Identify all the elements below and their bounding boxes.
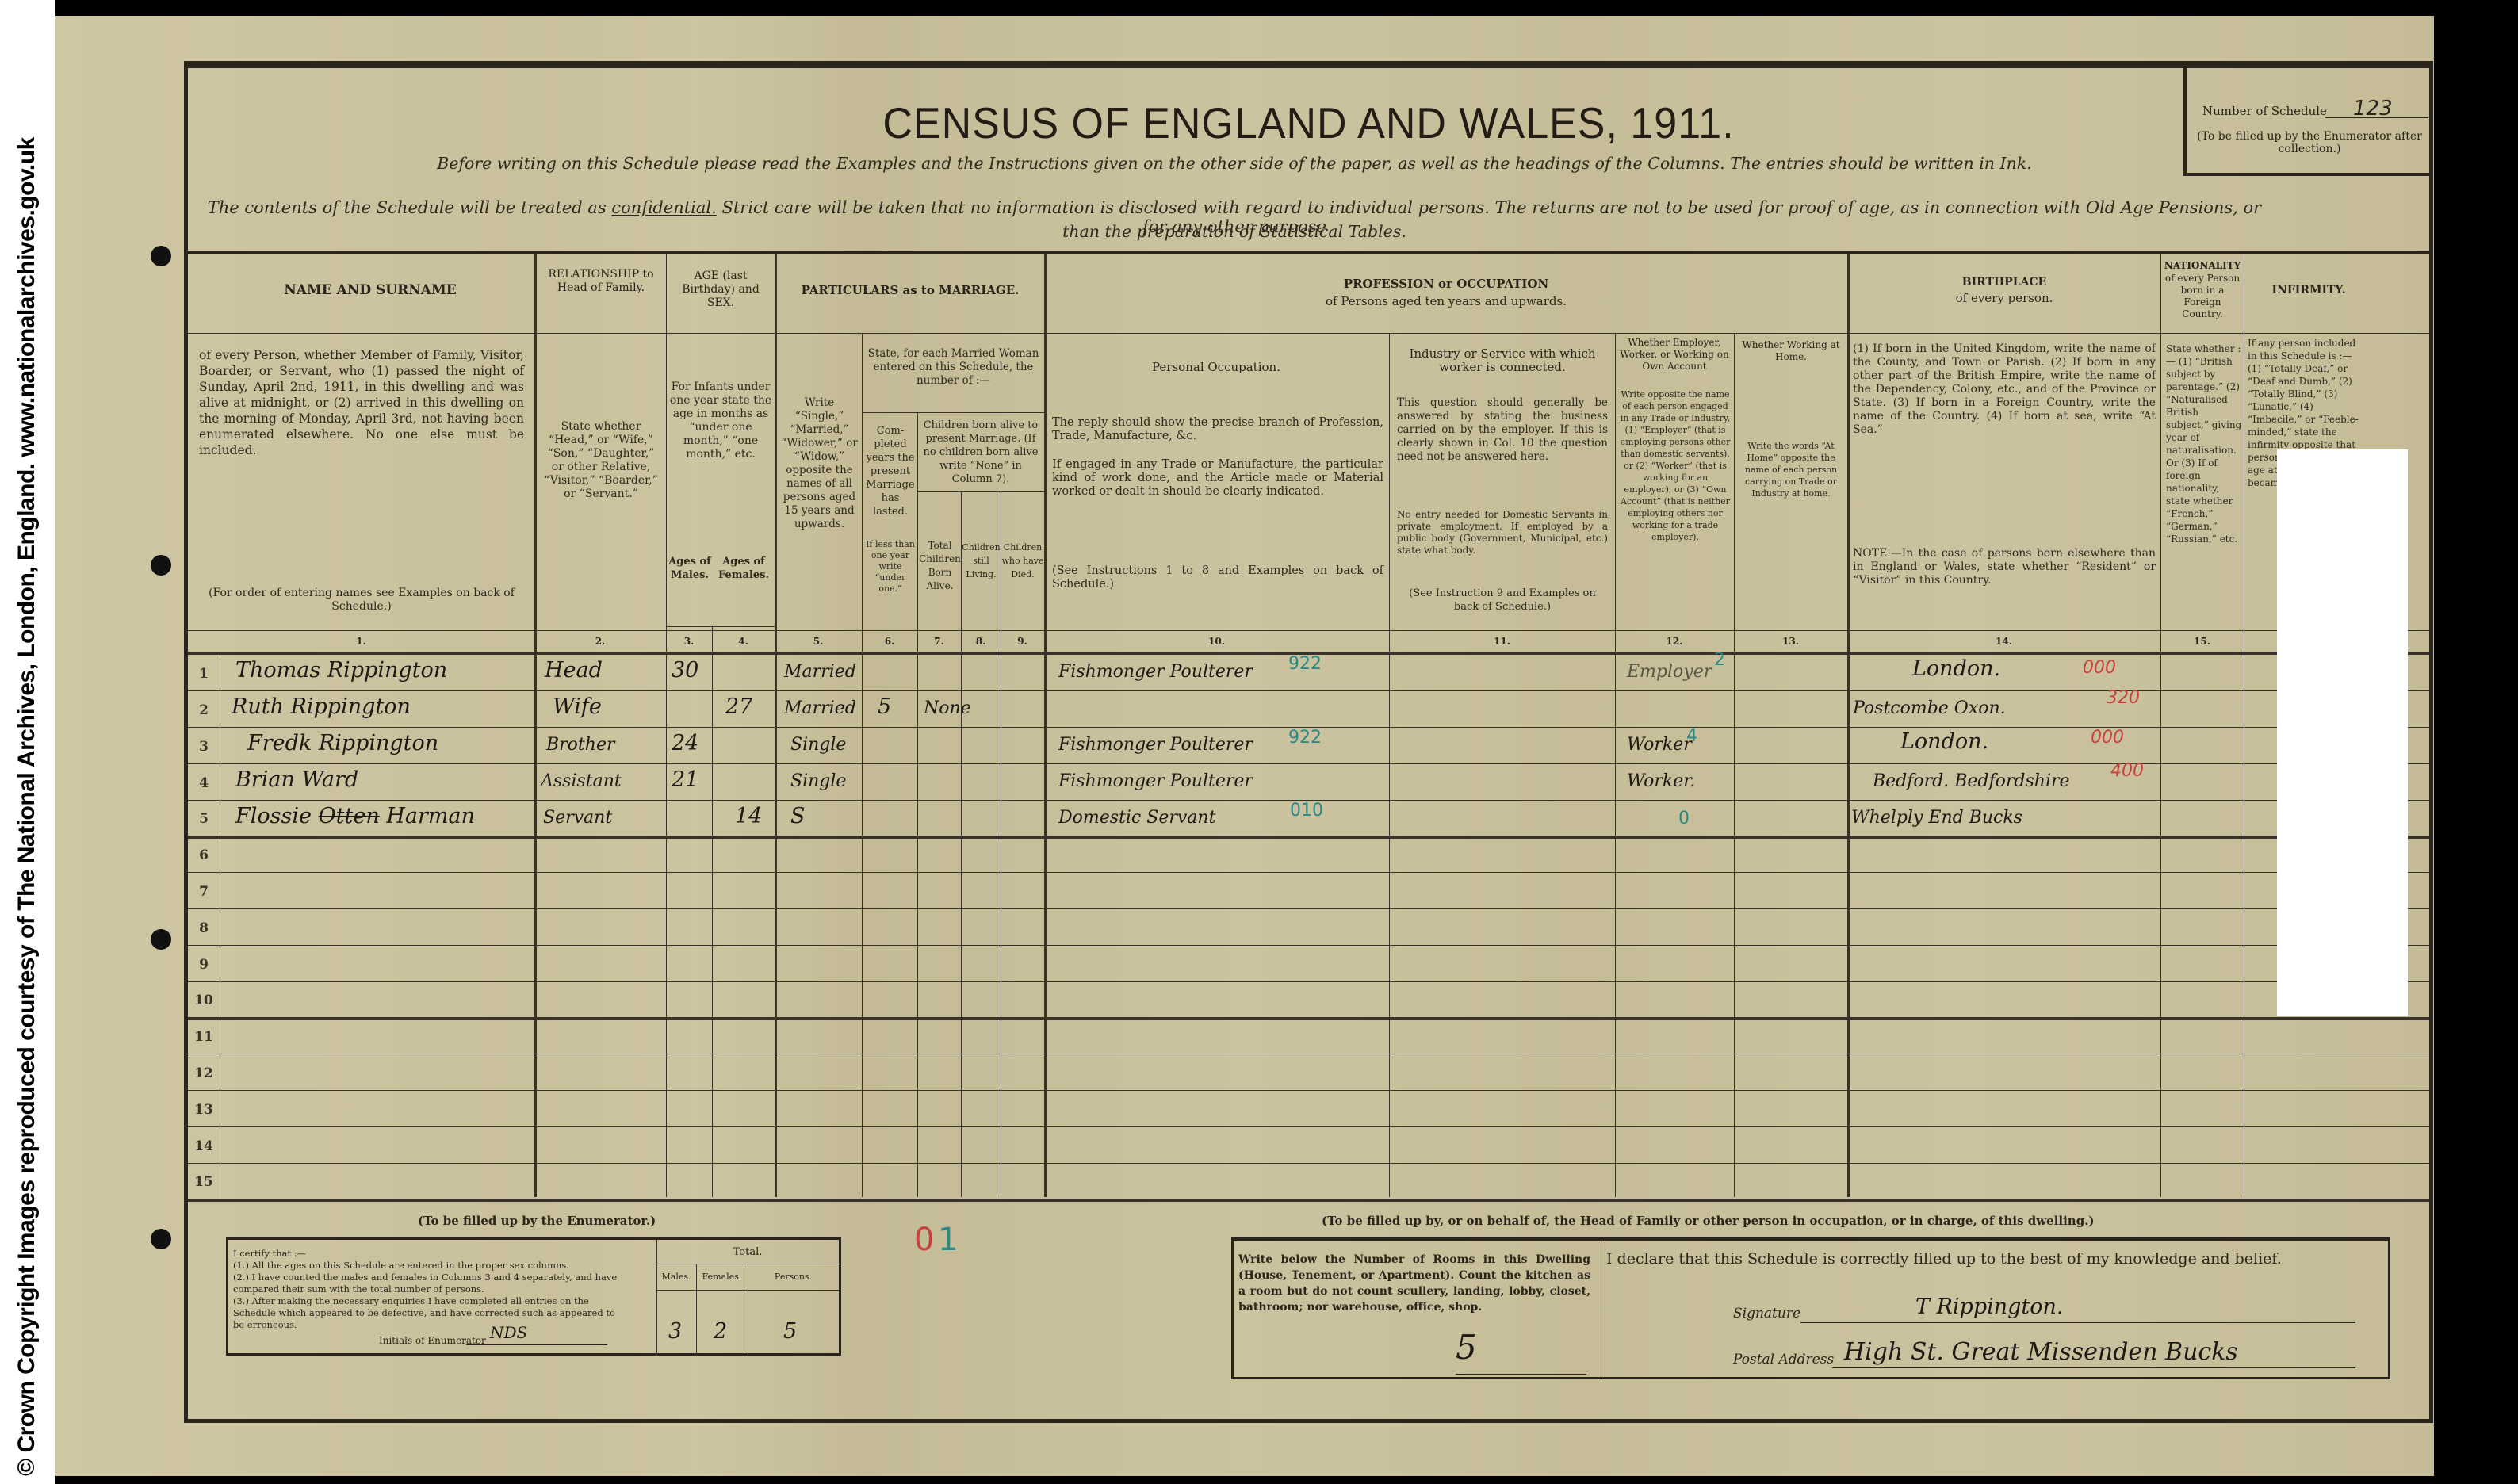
col-number-11: 11. xyxy=(1389,636,1615,647)
col-profession-subtitle: of Persons aged ten years and upwards. xyxy=(1046,295,1846,308)
occupation: Fishmonger Poulterer xyxy=(1058,771,1253,791)
occupation: Domestic Servant xyxy=(1058,808,1215,828)
col-number-7: 7. xyxy=(917,636,961,647)
col-personal-occupation: Personal Occupation. xyxy=(1046,361,1387,374)
employment-status: Employer xyxy=(1627,662,1712,682)
employment-status: Worker. xyxy=(1627,771,1695,791)
person-name: Flossie Otten Harman xyxy=(235,804,475,828)
row-number: 4 xyxy=(188,775,220,791)
relationship: Head xyxy=(545,658,603,683)
col-birthplace-note: NOTE.—In the case of persons born elsewh… xyxy=(1853,547,2156,587)
marriage-years: 5 xyxy=(878,694,891,719)
col-marriage-completed-note: If less than one year write “under one.” xyxy=(863,539,917,595)
schedule-number-note: (To be filled up by the Enumerator after… xyxy=(2195,130,2424,155)
col-at-home-instr: Write the words “At Home” opposite the n… xyxy=(1739,440,1843,499)
relationship: Wife xyxy=(553,694,602,719)
col-number-9: 9. xyxy=(1001,636,1044,647)
total-persons: 5 xyxy=(783,1319,797,1344)
birthplace: London. xyxy=(1912,656,2000,681)
col-name-note: (For order of entering names see Example… xyxy=(199,587,524,614)
birthplace-code: 000 xyxy=(2091,728,2124,748)
row-number: 5 xyxy=(188,811,220,827)
col-marriage-total: Total Children Born Alive. xyxy=(919,539,961,593)
birthplace-code: 000 xyxy=(2083,658,2116,678)
row-number: 6 xyxy=(188,847,220,863)
rooms-count: 5 xyxy=(1456,1328,1477,1367)
person-name: Fredk Rippington xyxy=(247,731,438,755)
row-number: 13 xyxy=(188,1102,220,1118)
row-number: 15 xyxy=(188,1174,220,1190)
col-number-10: 10. xyxy=(1044,636,1389,647)
col-number-13: 13. xyxy=(1734,636,1847,647)
col-relationship-title: RELATIONSHIP to Head of Family. xyxy=(537,268,665,295)
declaration-text: I declare that this Schedule is correctl… xyxy=(1606,1250,2282,1268)
col-industry-note: (See Instruction 9 and Examples on back … xyxy=(1397,587,1608,614)
marital-status: S xyxy=(790,804,806,828)
col-personal-instr2: If engaged in any Trade or Manufacture, … xyxy=(1052,458,1383,499)
birthplace: Bedford. Bedfordshire xyxy=(1873,771,2070,791)
col-number-6: 6. xyxy=(862,636,917,647)
redacted-infirmity-column xyxy=(2277,449,2408,1016)
col-age-males: Ages of Males. xyxy=(668,555,712,582)
col-industry-instr2: No entry needed for Domestic Servants in… xyxy=(1397,509,1608,556)
col-number-3: 3. xyxy=(666,636,712,647)
col-marriage-living: Children still Living. xyxy=(962,541,1001,581)
employment-code: 4 xyxy=(1686,726,1697,746)
red-check-mark: 0 xyxy=(914,1222,934,1258)
col-nationality-subtitle: of every Person born in a Foreign Countr… xyxy=(2162,273,2243,320)
marital-status: Single xyxy=(790,771,846,791)
occupation: Fishmonger Poulterer xyxy=(1058,735,1253,755)
punch-hole xyxy=(151,929,171,950)
person-name: Thomas Rippington xyxy=(235,658,447,683)
occupation-code: 922 xyxy=(1288,728,1322,748)
punch-hole xyxy=(151,1229,171,1249)
birthplace: Whelply End Bucks xyxy=(1851,808,2022,828)
relationship: Assistant xyxy=(541,771,622,791)
birthplace: Postcombe Oxon. xyxy=(1853,698,2006,718)
col-name-instructions: of every Person, whether Member of Famil… xyxy=(199,347,524,458)
col-marriage-died: Children who have Died. xyxy=(1001,541,1044,581)
col-number-14: 14. xyxy=(1847,636,2160,647)
males-label: Males. xyxy=(656,1272,696,1282)
age-female: 27 xyxy=(725,694,752,719)
col-marriage-children: Children born alive to present Marriage.… xyxy=(919,419,1043,486)
col-nationality-title: NATIONALITY xyxy=(2162,260,2243,272)
birthplace-code: 400 xyxy=(2110,761,2144,781)
copyright-notice: © Crown Copyright Images reproduced cour… xyxy=(13,176,40,1476)
col-industry-instr: This question should generally be answer… xyxy=(1397,396,1608,464)
row-number: 2 xyxy=(188,702,220,718)
col-number-15: 15. xyxy=(2160,636,2244,647)
row-number: 9 xyxy=(188,957,220,973)
row-number: 3 xyxy=(188,739,220,755)
col-number-1: 1. xyxy=(188,636,534,647)
children-born: None xyxy=(924,698,971,718)
age-male: 24 xyxy=(672,731,698,755)
col-age-title: AGE (last Birthday) and SEX. xyxy=(667,270,775,310)
col-age-females: Ages of Females. xyxy=(713,555,775,582)
col-marriage-title: PARTICULARS as to MARRIAGE. xyxy=(776,284,1044,297)
age-male: 30 xyxy=(672,658,698,683)
occupation-code: 010 xyxy=(1290,801,1323,820)
col-name-title: NAME AND SURNAME xyxy=(235,284,505,297)
birthplace-code: 320 xyxy=(2107,688,2140,708)
page-title: CENSUS OF ENGLAND AND WALES, 1911. xyxy=(188,99,2429,149)
schedule-frame: CENSUS OF ENGLAND AND WALES, 1911. Befor… xyxy=(184,61,2433,1423)
row-number: 7 xyxy=(188,884,220,900)
occupation: Fishmonger Poulterer xyxy=(1058,662,1253,682)
signature: T Rippington. xyxy=(1915,1295,2064,1319)
col-number-4: 4. xyxy=(712,636,775,647)
col-birthplace-title: BIRTHPLACE xyxy=(1849,276,2160,289)
col-number-12: 12. xyxy=(1615,636,1734,647)
birthplace: London. xyxy=(1900,729,1988,754)
employment-code: 0 xyxy=(1678,809,1690,828)
row-number: 12 xyxy=(188,1065,220,1081)
col-profession-title: PROFESSION or OCCUPATION xyxy=(1046,277,1846,291)
females-label: Females. xyxy=(696,1272,748,1282)
col-employer-instr: Write opposite the name of each person e… xyxy=(1618,388,1732,543)
col-number-2: 2. xyxy=(534,636,666,647)
age-female: 14 xyxy=(735,804,762,828)
household-declaration: Write below the Number of Rooms in this … xyxy=(1231,1237,2390,1379)
col-birthplace-subtitle: of every person. xyxy=(1849,292,2160,305)
schedule-number-value: 123 xyxy=(2353,97,2393,120)
col-birthplace-instr: (1) If born in the United Kingdom, write… xyxy=(1853,342,2156,437)
row-number: 11 xyxy=(188,1029,220,1045)
enumerator-initials: NDS xyxy=(490,1323,527,1342)
col-at-home: Whether Working at Home. xyxy=(1735,339,1846,363)
confidential-notice-line2: than the preparation of Statistical Tabl… xyxy=(204,222,2265,241)
postal-address-label: Postal Address xyxy=(1733,1352,1834,1367)
persons-label: Persons. xyxy=(748,1272,839,1282)
marital-status: Married xyxy=(784,662,856,682)
relationship: Servant xyxy=(543,808,612,828)
enumerator-caption: (To be filled up by the Enumerator.) xyxy=(418,1214,656,1228)
total-label: Total. xyxy=(656,1246,839,1258)
col-age-instructions: For Infants under one year state the age… xyxy=(668,381,773,461)
marital-status: Married xyxy=(784,698,856,718)
row-number: 8 xyxy=(188,920,220,936)
total-females: 2 xyxy=(714,1319,727,1344)
col-employer: Whether Employer, Worker, or Working on … xyxy=(1617,337,1732,373)
rooms-instruction: Write below the Number of Rooms in this … xyxy=(1238,1252,1590,1315)
col-industry: Industry or Service with which worker is… xyxy=(1391,347,1613,374)
relationship: Brother xyxy=(546,735,614,755)
postal-address: High St. Great Missenden Bucks xyxy=(1844,1338,2238,1366)
person-name: Brian Ward xyxy=(235,767,358,792)
col-number-8: 8. xyxy=(961,636,1001,647)
teal-check-mark: 1 xyxy=(938,1222,958,1258)
col-marriage-state: State, for each Married Woman entered on… xyxy=(864,347,1043,388)
age-male: 21 xyxy=(672,767,698,792)
row-number: 10 xyxy=(188,993,220,1008)
employment-status: Worker xyxy=(1627,735,1692,755)
col-marriage-write: Write “Single,” “Married,” “Widower,” or… xyxy=(779,396,860,531)
punch-hole xyxy=(151,246,171,266)
signature-label: Signature xyxy=(1733,1306,1800,1321)
certificate-text: I certify that :— (1.) All the ages on t… xyxy=(233,1248,626,1331)
row-number: 14 xyxy=(188,1138,220,1154)
col-infirmity-title: INFIRMITY. xyxy=(2245,284,2372,297)
marital-status: Single xyxy=(790,735,846,755)
col-marriage-completed: Com-pleted years the present Marriage ha… xyxy=(863,424,917,518)
household-caption: (To be filled up by, or on behalf of, th… xyxy=(1322,1214,2095,1228)
punch-hole xyxy=(151,555,171,576)
schedule-number-label: Number of Schedule xyxy=(2202,104,2327,118)
col-number-5: 5. xyxy=(775,636,862,647)
ink-instruction: Before writing on this Schedule please r… xyxy=(204,154,2265,173)
enumerator-certificate: I certify that :— (1.) All the ages on t… xyxy=(226,1237,841,1356)
col-nationality-instr: State whether :— (1) “British subject by… xyxy=(2166,342,2242,545)
total-males: 3 xyxy=(668,1319,682,1344)
col-personal-instr: The reply should show the precise branch… xyxy=(1052,416,1383,443)
occupation-code: 922 xyxy=(1288,654,1322,674)
person-name: Ruth Rippington xyxy=(232,694,411,719)
employment-code: 2 xyxy=(1714,650,1725,670)
household-table: NAME AND SURNAME of every Person, whethe… xyxy=(188,251,2429,1194)
row-number: 1 xyxy=(188,666,220,682)
schedule-number-box: Number of Schedule 123 (To be filled up … xyxy=(2183,65,2429,176)
col-relationship-instructions: State whether “Head,” or “Wife,” “Son,” … xyxy=(541,420,660,501)
col-personal-note: (See Instructions 1 to 8 and Examples on… xyxy=(1052,564,1383,591)
